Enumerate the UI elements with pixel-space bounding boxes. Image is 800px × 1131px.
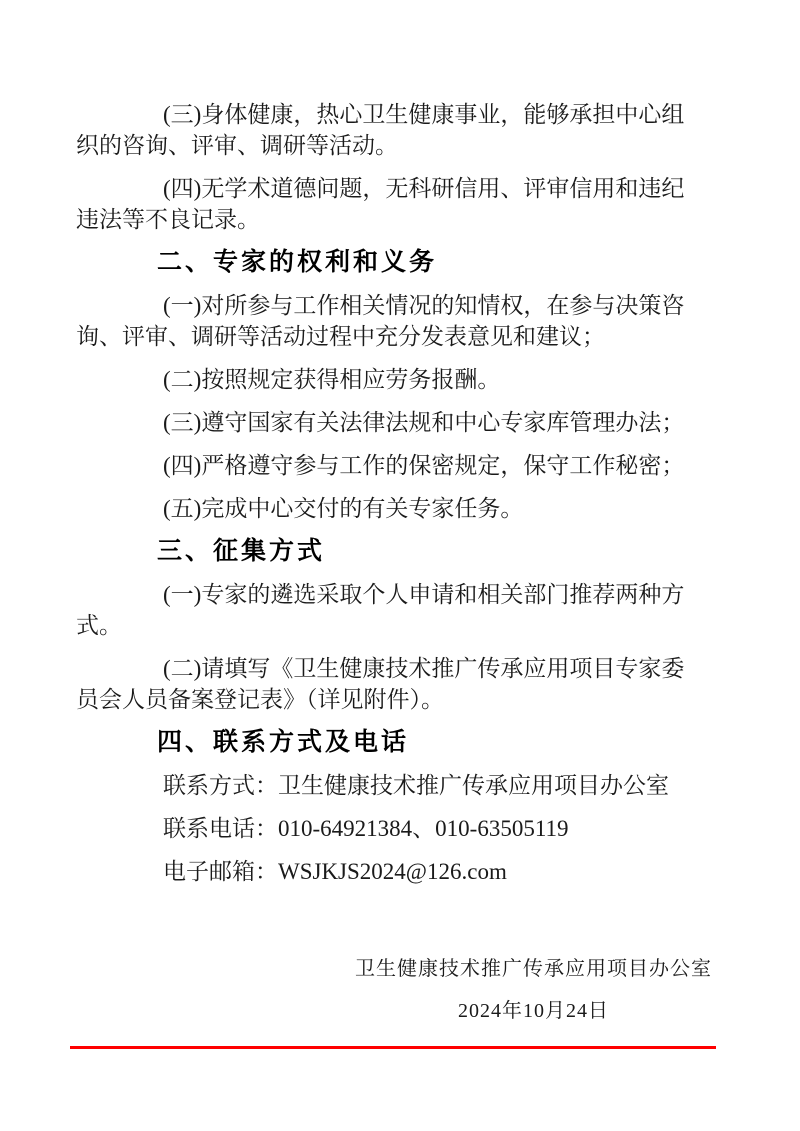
- footer-red-divider: [70, 1046, 716, 1049]
- paragraph-line: 织的咨询、评审、调研等活动。: [76, 130, 756, 161]
- section-heading: 四、联系方式及电话: [76, 727, 756, 758]
- paragraph: 电子邮箱：WSJKJS2024@126.com: [76, 856, 756, 887]
- paragraph: (三)身体健康，热心卫生健康事业，能够承担中心组织的咨询、评审、调研等活动。: [76, 99, 756, 161]
- paragraph-line: 询、评审、调研等活动过程中充分发表意见和建议；: [76, 321, 756, 352]
- signature-date: 2024年10月24日: [355, 996, 712, 1027]
- paragraph: (一)对所参与工作相关情况的知情权，在参与决策咨询、评审、调研等活动过程中充分发…: [76, 290, 756, 352]
- paragraph-line-first: 联系方式：卫生健康技术推广传承应用项目办公室: [76, 770, 756, 801]
- paragraph: 联系方式：卫生健康技术推广传承应用项目办公室: [76, 770, 756, 801]
- paragraph-line-first: (二)按照规定获得相应劳务报酬。: [76, 364, 756, 395]
- paragraph-line-first: (四)无学术道德问题，无科研信用、评审信用和违纪: [76, 173, 756, 204]
- signature-org: 卫生健康技术推广传承应用项目办公室: [355, 954, 712, 985]
- paragraph-line-first: (四)严格遵守参与工作的保密规定，保守工作秘密；: [76, 450, 756, 481]
- paragraph-line-first: 联系电话：010-64921384、010-63505119: [76, 813, 756, 844]
- paragraph-line-first: (五)完成中心交付的有关专家任务。: [76, 493, 756, 524]
- paragraph: (一)专家的遴选采取个人申请和相关部门推荐两种方式。: [76, 579, 756, 641]
- paragraph: 联系电话：010-64921384、010-63505119: [76, 813, 756, 844]
- paragraph: (五)完成中心交付的有关专家任务。: [76, 493, 756, 524]
- paragraph: (四)无学术道德问题，无科研信用、评审信用和违纪违法等不良记录。: [76, 173, 756, 235]
- document-body: (三)身体健康，热心卫生健康事业，能够承担中心组织的咨询、评审、调研等活动。(四…: [76, 99, 756, 899]
- paragraph-line-first: 电子邮箱：WSJKJS2024@126.com: [76, 856, 756, 887]
- paragraph: (二)按照规定获得相应劳务报酬。: [76, 364, 756, 395]
- section-heading: 三、征集方式: [76, 536, 756, 567]
- paragraph-line: 员会人员备案登记表》（详见附件）。: [76, 684, 756, 715]
- paragraph-line-first: (一)对所参与工作相关情况的知情权，在参与决策咨: [76, 290, 756, 321]
- paragraph-line-first: (一)专家的遴选采取个人申请和相关部门推荐两种方: [76, 579, 756, 610]
- section-heading: 二、专家的权利和义务: [76, 247, 756, 278]
- paragraph-line-first: (三)遵守国家有关法律法规和中心专家库管理办法；: [76, 407, 756, 438]
- document-page: (三)身体健康，热心卫生健康事业，能够承担中心组织的咨询、评审、调研等活动。(四…: [0, 0, 800, 1131]
- paragraph-line-first: (三)身体健康，热心卫生健康事业，能够承担中心组: [76, 99, 756, 130]
- paragraph: (二)请填写《卫生健康技术推广传承应用项目专家委员会人员备案登记表》（详见附件）…: [76, 653, 756, 715]
- paragraph-line: 违法等不良记录。: [76, 204, 756, 235]
- paragraph-line: 式。: [76, 610, 756, 641]
- paragraph-line-first: (二)请填写《卫生健康技术推广传承应用项目专家委: [76, 653, 756, 684]
- signature-block: 卫生健康技术推广传承应用项目办公室 2024年10月24日: [355, 954, 712, 1027]
- paragraph: (四)严格遵守参与工作的保密规定，保守工作秘密；: [76, 450, 756, 481]
- paragraph: (三)遵守国家有关法律法规和中心专家库管理办法；: [76, 407, 756, 438]
